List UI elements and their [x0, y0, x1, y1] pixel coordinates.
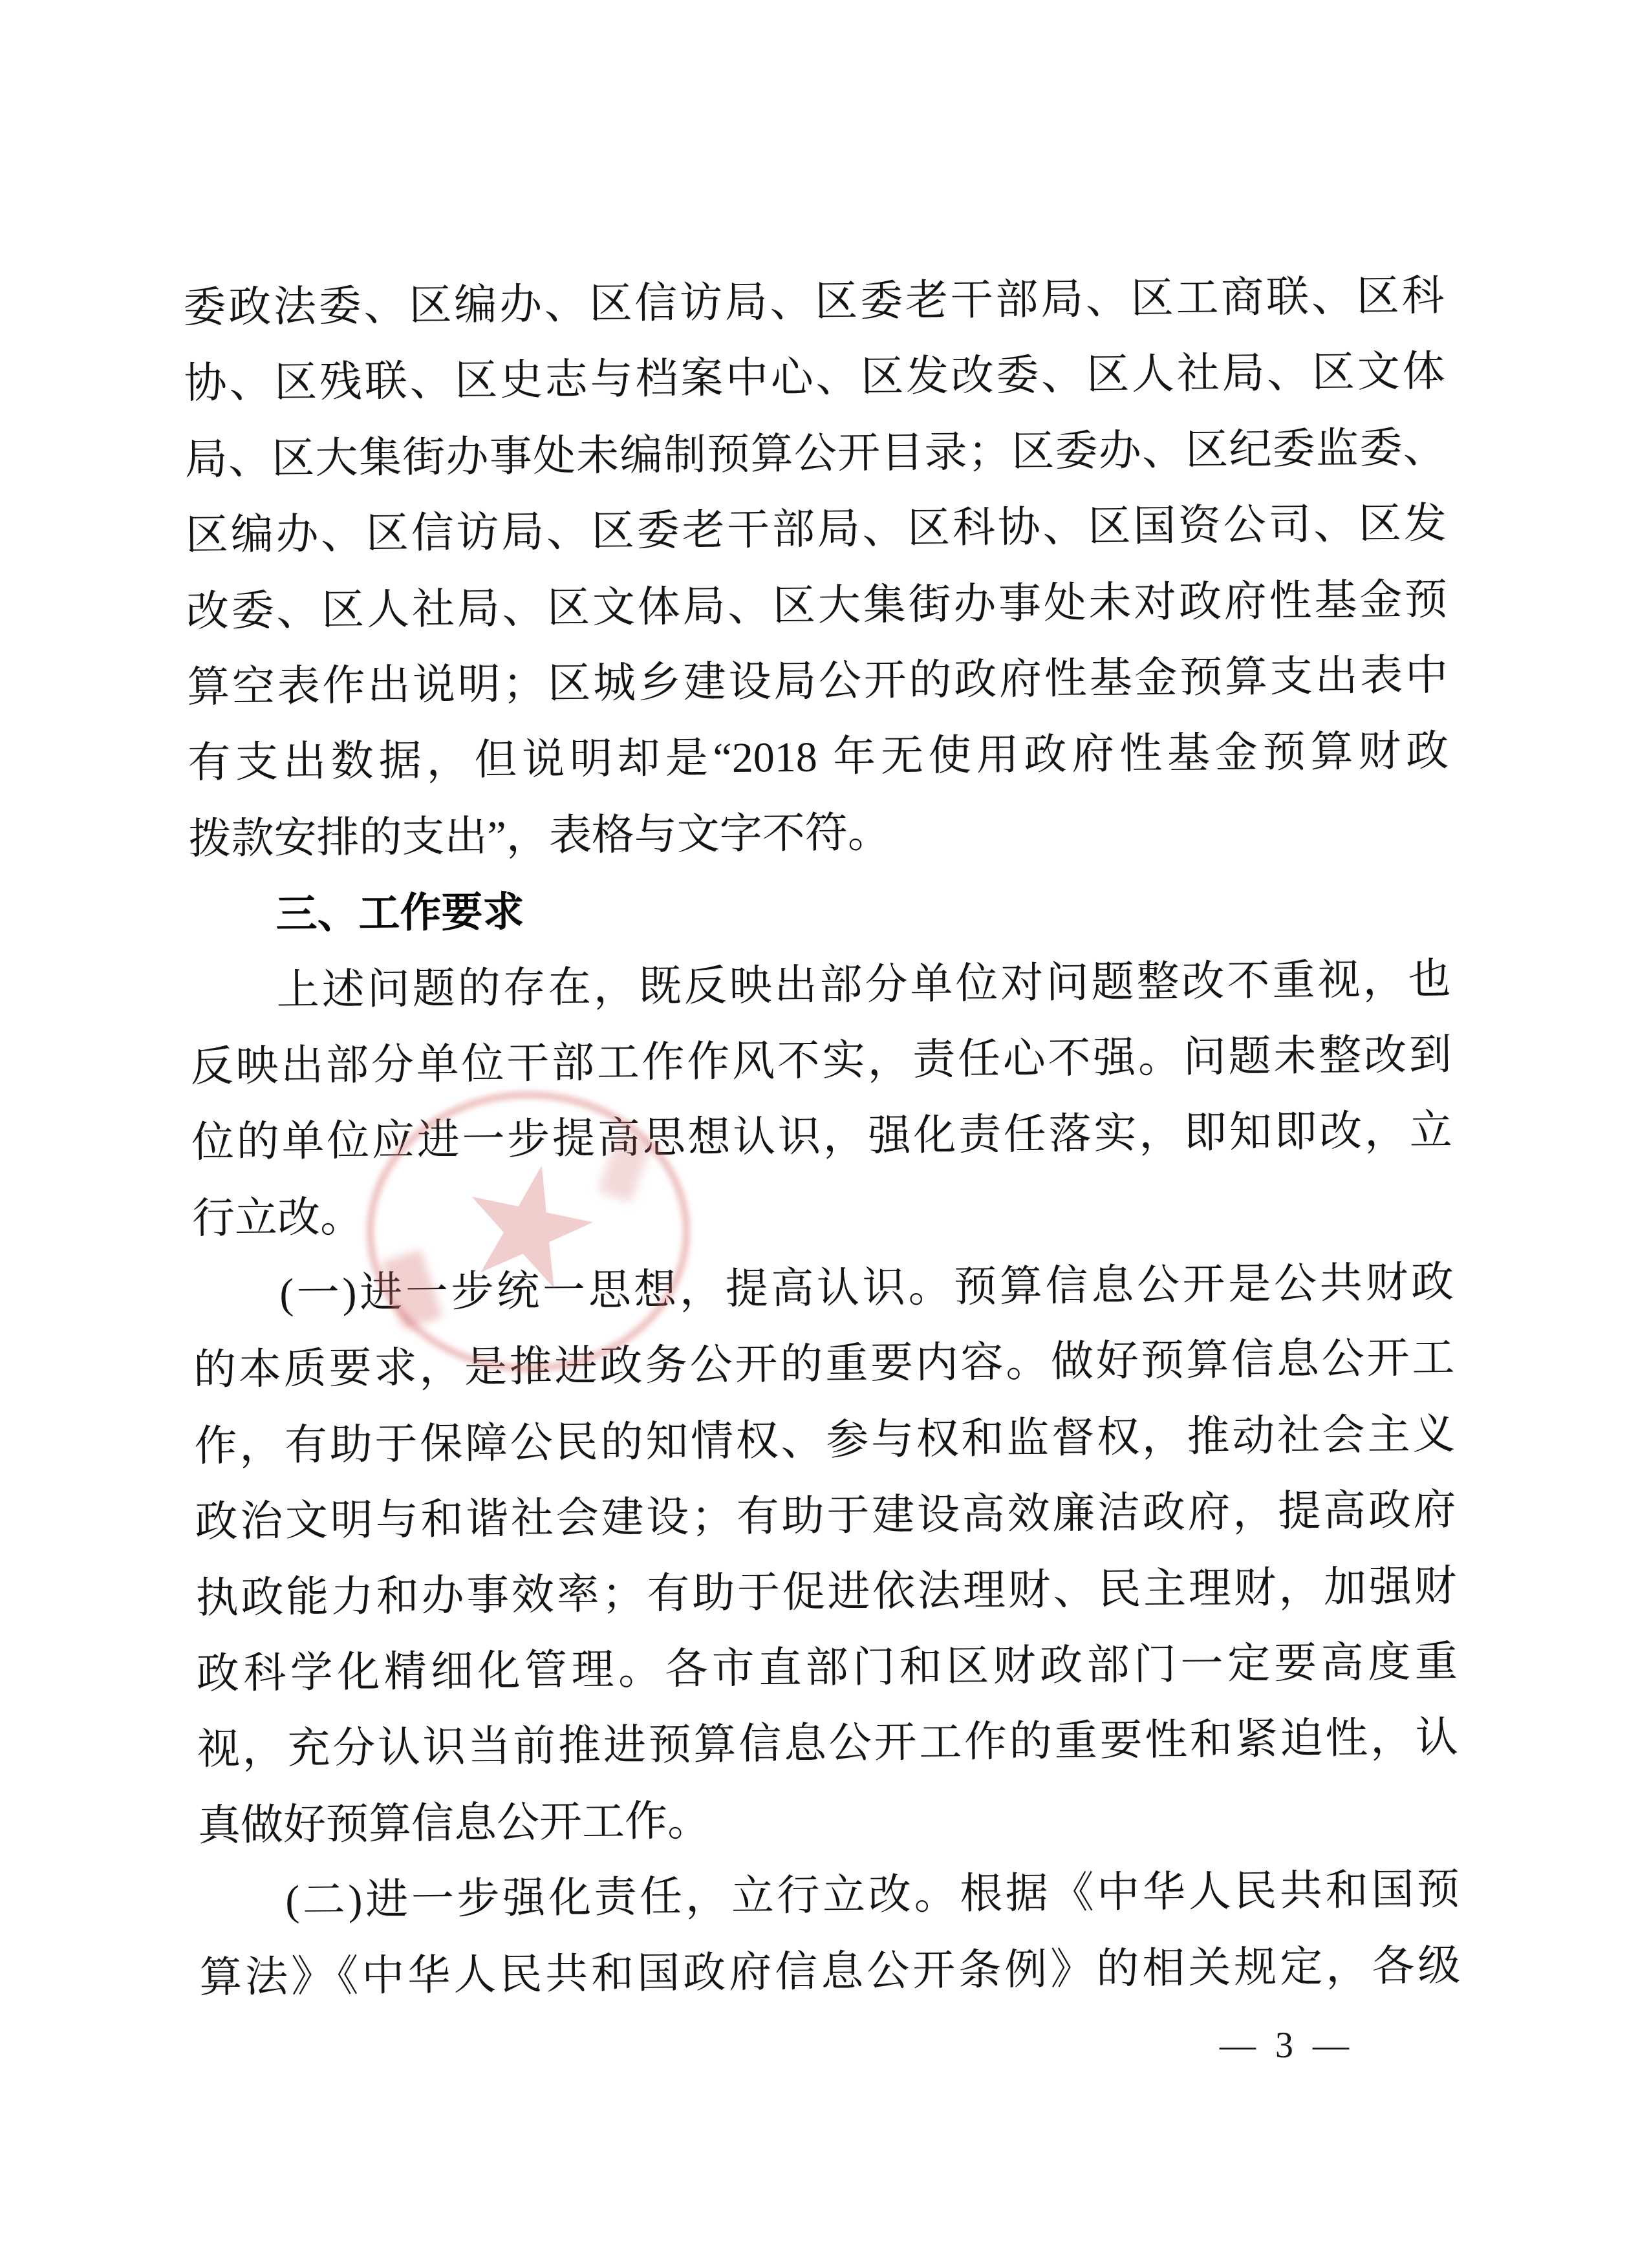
- text-line: 视，充分认识当前推进预算信息公开工作的重要性和紧迫性，认: [197, 1700, 1458, 1788]
- text-line: 算法》《中华人民共和国政府信息公开条例》的相关规定，各级: [199, 1928, 1461, 2016]
- text-line: (二)进一步强化责任，立行立改。根据《中华人民共和国预: [199, 1852, 1460, 1940]
- section-heading: 三、工作要求: [189, 865, 1450, 953]
- text-line: 有支出数据，但说明却是“2018 年无使用政府性基金预算财政: [188, 714, 1449, 802]
- text-line: (一)进一步统一思想，提高认识。预算信息公开是公共财政: [193, 1245, 1454, 1332]
- text-line: 行立改。: [192, 1169, 1454, 1257]
- text-line: 位的单位应进一步提高思想认识，强化责任落实，即知即改，立: [191, 1093, 1452, 1181]
- document-body: 委政法委、区编办、区信访局、区委老干部局、区工商联、区科协、区残联、区史志与档案…: [183, 258, 1461, 2016]
- text-line: 的本质要求，是推进政务公开的重要内容。做好预算信息公开工: [193, 1321, 1455, 1409]
- text-line: 区编办、区信访局、区委老干部局、区科协、区国资公司、区发: [185, 486, 1447, 573]
- text-line: 协、区残联、区史志与档案中心、区发改委、区人社局、区文体: [184, 334, 1445, 422]
- scanned-document-page: 委政法委、区编办、区信访局、区委老干部局、区工商联、区科协、区残联、区史志与档案…: [0, 0, 1627, 2268]
- text-line: 执政能力和办事效率；有助于促进依法理财、民主理财，加强财: [195, 1548, 1457, 1636]
- text-line: 算空表作出说明；区城乡建设局公开的政府性基金预算支出表中: [187, 637, 1449, 725]
- text-line: 反映出部分单位干部工作作风不实，责任心不强。问题未整改到: [190, 1017, 1452, 1105]
- text-line: 拨款安排的支出”，表格与文字不符。: [188, 789, 1450, 877]
- text-line: 真做好预算信息公开工作。: [198, 1776, 1460, 1864]
- text-line: 改委、区人社局、区文体局、区大集街办事处未对政府性基金预: [186, 562, 1448, 650]
- text-line: 作，有助于保障公民的知情权、参与权和监督权，推动社会主义: [194, 1396, 1456, 1484]
- text-line: 委政法委、区编办、区信访局、区委老干部局、区工商联、区科: [183, 258, 1445, 346]
- text-line: 政治文明与和谐社会建设；有助于建设高效廉洁政府，提高政府: [195, 1472, 1456, 1560]
- text-line: 上述问题的存在，既反映出部分单位对问题整改不重视，也: [189, 941, 1451, 1029]
- page-number: — 3 —: [1203, 2020, 1371, 2071]
- text-line: 政科学化精细化管理。各市直部门和区财政部门一定要高度重: [196, 1624, 1458, 1712]
- text-line: 局、区大集街办事处未编制预算公开目录；区委办、区纪委监委、: [184, 410, 1446, 498]
